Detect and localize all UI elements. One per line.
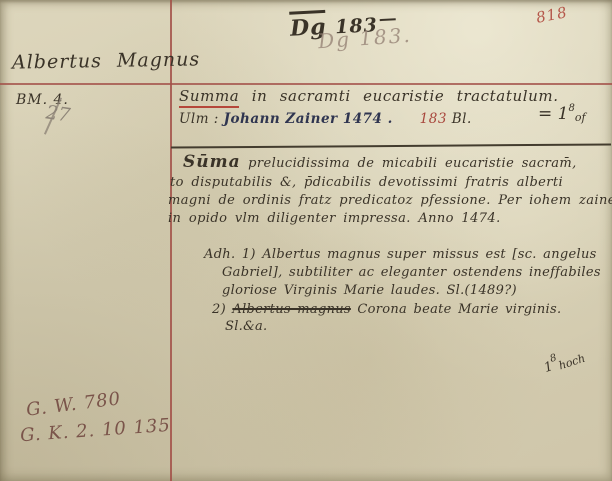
reference-gw: G. W. 780	[25, 388, 122, 420]
size-note: 18hoch	[541, 344, 587, 377]
size-unit: hoch	[557, 352, 587, 373]
description-line-1: Sūma prelucidissima de micabili eucarist…	[183, 152, 577, 172]
adhesion-line-2: Gabriel], subtiliter ac eleganter ostend…	[222, 265, 601, 280]
format-suffix: of	[575, 111, 586, 124]
title-line: Summa in sacramti eucaristie tractatulum…	[179, 87, 559, 105]
description-line-2: to disputabilis &, p̄dicabilis devotissi…	[170, 175, 563, 190]
description-lead-word: Sūma	[183, 152, 241, 172]
title-head: Summa	[179, 87, 239, 108]
call-number-pencil: Dg 183.	[317, 23, 412, 53]
imprint-printer: Johann Zainer 1474 .	[224, 111, 393, 127]
format-note: = 18of	[538, 103, 586, 124]
format-eq: = 1	[538, 104, 568, 124]
reference-gk: G. K. 2. 10 135	[19, 415, 171, 446]
author-heading: Albertus Magnus	[12, 48, 200, 73]
adhesion-line-1: Adh. 1) Albertus magnus super missus est…	[204, 247, 597, 262]
horizontal-rule-black	[171, 143, 611, 148]
adhesion-item2-prefix: 2)	[212, 302, 232, 317]
imprint-line: Ulm : Johann Zainer 1474 . 183 Bl.	[179, 111, 472, 127]
overline-dash	[380, 18, 396, 21]
description-line-4: in opido vlm diligenter impressa. Anno 1…	[168, 211, 501, 226]
title-rest: in sacramti eucaristie tractatulum.	[239, 87, 558, 105]
adhesion-line-5: Sl.&a.	[225, 319, 267, 334]
adhesion-line-4: 2) Albertus magnus Corona beate Marie vi…	[212, 302, 561, 317]
vertical-rule-red	[170, 0, 172, 481]
description-line-1-rest: prelucidissima de micabili eucaristie sa…	[241, 156, 577, 171]
leaves-unit: Bl.	[452, 111, 472, 127]
imprint-place: Ulm :	[179, 111, 219, 127]
horizontal-rule-red	[0, 83, 612, 85]
adhesion-item2-rest: Corona beate Marie virginis.	[351, 302, 562, 317]
adhesion-line-3: gloriose Virginis Marie laudes. Sl.(1489…	[222, 283, 517, 298]
leaves-count: 183	[420, 111, 447, 127]
description-line-3: magni de ordinis fratz predicatoz pfessi…	[168, 193, 612, 208]
adhesion-item2-struck-author: Albertus magnus	[232, 302, 351, 317]
catalog-card: Dg 183 Dg 183. 818 Albertus Magnus BM. 4…	[0, 0, 612, 481]
corner-number: 818	[535, 3, 569, 27]
